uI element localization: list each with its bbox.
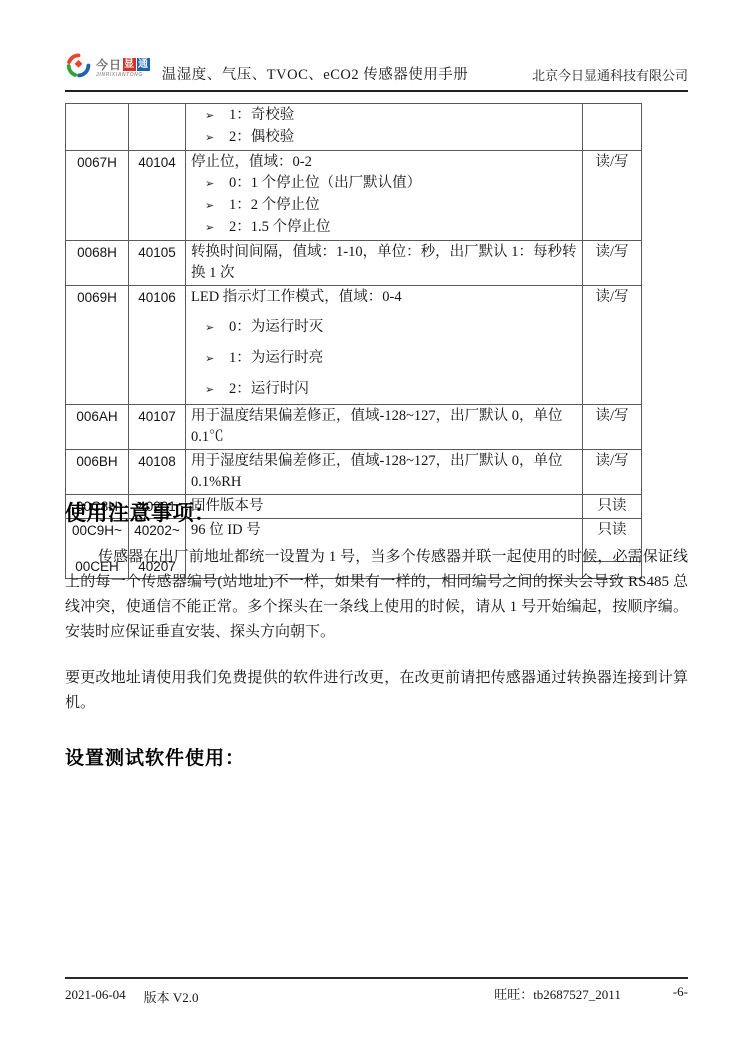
option-text: 0：1 个停止位（出厂默认值） bbox=[229, 175, 421, 191]
notice-heading: 使用注意事项： bbox=[65, 497, 688, 527]
footer-right: 旺旺：tb2687527_2011 -6- bbox=[494, 984, 688, 1003]
logo-brand-part3: 通 bbox=[137, 58, 150, 71]
arrow-bullet-icon: ➢ bbox=[205, 106, 229, 127]
logo-brand-en: JINRIXIANTONG bbox=[96, 73, 150, 78]
option-bullet-line: ➢1：奇校验 bbox=[191, 105, 577, 127]
register-description-cell: LED 指示灯工作模式，值域：0-4➢0：为运行时灭➢1：为运行时亮➢2：运行时… bbox=[186, 286, 583, 405]
table-row: 006BH40108用于湿度结果偏差修正，值域-128~127，出厂默认 0，单… bbox=[66, 450, 642, 495]
register-description-cell: 用于湿度结果偏差修正，值域-128~127，出厂默认 0，单位 0.1%RH bbox=[186, 450, 583, 495]
table-row: 0069H40106LED 指示灯工作模式，值域：0-4➢0：为运行时灭➢1：为… bbox=[66, 286, 642, 405]
logo-brand-part2: 显 bbox=[123, 58, 136, 71]
register-address: 0067H bbox=[71, 152, 123, 173]
access-mode-cell: 读/写 bbox=[583, 450, 642, 495]
register-description-cell: 转换时间间隔，值域：1-10，单位：秒，出厂默认 1：每秒转换 1 次 bbox=[186, 241, 583, 286]
register-description-cell: ➢1：奇校验➢2：偶校验 bbox=[186, 104, 583, 151]
option-text: 1：2 个停止位 bbox=[229, 197, 320, 213]
register-number: 40105 bbox=[134, 242, 180, 263]
register-number: 40108 bbox=[134, 451, 180, 472]
footer-left: 2021-06-04 版本 V2.0 bbox=[65, 987, 199, 1006]
register-description-cell: 停止位，值域：0-2➢0：1 个停止位（出厂默认值）➢1：2 个停止位➢2：1.… bbox=[186, 151, 583, 241]
option-bullet-line: ➢2：1.5 个停止位 bbox=[191, 217, 577, 239]
register-address: 006AH bbox=[71, 406, 123, 427]
logo-brand-part1: 今日 bbox=[96, 59, 122, 71]
register-description: LED 指示灯工作模式，值域：0-4 bbox=[191, 287, 577, 308]
footer-contact: 旺旺：tb2687527_2011 bbox=[494, 984, 621, 1003]
register-address: 0069H bbox=[71, 287, 123, 308]
page-content: 使用注意事项： 传感器在出厂前地址都统一设置为 1 号，当多个传感器并联一起使用… bbox=[65, 497, 688, 770]
register-number-cell bbox=[129, 104, 186, 151]
notice-paragraph-1: 传感器在出厂前地址都统一设置为 1 号，当多个传感器并联一起使用的时候，必需保证… bbox=[65, 545, 688, 645]
register-address-cell: 006AH bbox=[66, 405, 129, 450]
option-text: 2：偶校验 bbox=[229, 129, 294, 145]
register-number-cell: 40107 bbox=[129, 405, 186, 450]
register-address-cell: 0068H bbox=[66, 241, 129, 286]
register-description: 用于温度结果偏差修正，值域-128~127，出厂默认 0，单位 0.1℃ bbox=[191, 406, 577, 448]
option-bullet-line: ➢1：2 个停止位 bbox=[191, 195, 577, 217]
company-logo: 今日显通 JINRIXIANTONG bbox=[65, 52, 150, 84]
document-title: 温湿度、气压、TVOC、eCO2 传感器使用手册 bbox=[162, 63, 468, 84]
option-text: 2：运行时闪 bbox=[229, 381, 309, 397]
arrow-bullet-icon: ➢ bbox=[205, 196, 229, 217]
register-number-cell: 40108 bbox=[129, 450, 186, 495]
register-address-cell bbox=[66, 104, 129, 151]
software-heading: 设置测试软件使用： bbox=[65, 743, 688, 770]
option-text: 1：为运行时亮 bbox=[229, 350, 323, 366]
register-address-cell: 0069H bbox=[66, 286, 129, 405]
option-text: 1：奇校验 bbox=[229, 107, 294, 123]
access-mode-cell: 读/写 bbox=[583, 241, 642, 286]
register-number-cell: 40106 bbox=[129, 286, 186, 405]
logo-brand-cn: 今日显通 bbox=[96, 58, 150, 71]
access-mode-cell: 读/写 bbox=[583, 405, 642, 450]
register-number-cell: 40104 bbox=[129, 151, 186, 241]
company-name: 北京今日显通科技有限公司 bbox=[532, 65, 688, 84]
access-mode-cell bbox=[583, 104, 642, 151]
notice-paragraph-2: 要更改地址请使用我们免费提供的软件进行改更，在改更前请把传感器通过转换器连接到计… bbox=[65, 666, 688, 716]
arrow-bullet-icon: ➢ bbox=[205, 174, 229, 195]
arrow-bullet-icon: ➢ bbox=[205, 380, 229, 401]
register-number: 40104 bbox=[134, 152, 180, 173]
option-bullet-line: ➢0：1 个停止位（出厂默认值） bbox=[191, 173, 577, 195]
table-row: 006AH40107用于温度结果偏差修正，值域-128~127，出厂默认 0，单… bbox=[66, 405, 642, 450]
register-address-cell: 0067H bbox=[66, 151, 129, 241]
option-text: 2：1.5 个停止位 bbox=[229, 219, 331, 235]
arrow-bullet-icon: ➢ bbox=[205, 318, 229, 339]
register-description: 用于湿度结果偏差修正，值域-128~127，出厂默认 0，单位 0.1%RH bbox=[191, 451, 577, 493]
register-number: 40106 bbox=[134, 287, 180, 308]
arrow-bullet-icon: ➢ bbox=[205, 349, 229, 370]
option-text: 0：为运行时灭 bbox=[229, 319, 323, 335]
page-footer: 2021-06-04 版本 V2.0 旺旺：tb2687527_2011 -6- bbox=[65, 977, 688, 1006]
access-mode-cell: 读/写 bbox=[583, 286, 642, 405]
option-bullet-line: ➢2：偶校验 bbox=[191, 127, 577, 149]
table-row: ➢1：奇校验➢2：偶校验 bbox=[66, 104, 642, 151]
logo-wordmark: 今日显通 JINRIXIANTONG bbox=[96, 58, 150, 78]
table-row: 0067H40104停止位，值域：0-2➢0：1 个停止位（出厂默认值）➢1：2… bbox=[66, 151, 642, 241]
arrow-bullet-icon: ➢ bbox=[205, 128, 229, 149]
logo-swirl-icon bbox=[65, 52, 92, 84]
footer-date: 2021-06-04 bbox=[65, 987, 126, 1006]
register-number-cell: 40105 bbox=[129, 241, 186, 286]
footer-version: 版本 V2.0 bbox=[144, 987, 199, 1006]
register-address-cell: 006BH bbox=[66, 450, 129, 495]
access-mode-cell: 读/写 bbox=[583, 151, 642, 241]
table-row: 0068H40105转换时间间隔，值域：1-10，单位：秒，出厂默认 1：每秒转… bbox=[66, 241, 642, 286]
register-number: 40107 bbox=[134, 406, 180, 427]
register-address: 006BH bbox=[71, 451, 123, 472]
option-bullet-line: ➢2：运行时闪 bbox=[191, 379, 577, 401]
register-address: 0068H bbox=[71, 242, 123, 263]
option-bullet-line: ➢1：为运行时亮 bbox=[191, 348, 577, 370]
footer-page-number: -6- bbox=[673, 984, 688, 1003]
manual-page: 今日显通 JINRIXIANTONG 温湿度、气压、TVOC、eCO2 传感器使… bbox=[0, 0, 750, 1061]
option-bullet-line: ➢0：为运行时灭 bbox=[191, 317, 577, 339]
page-header: 今日显通 JINRIXIANTONG 温湿度、气压、TVOC、eCO2 传感器使… bbox=[65, 52, 688, 92]
register-description-cell: 用于温度结果偏差修正，值域-128~127，出厂默认 0，单位 0.1℃ bbox=[186, 405, 583, 450]
register-description: 停止位，值域：0-2 bbox=[191, 152, 577, 173]
register-description: 转换时间间隔，值域：1-10，单位：秒，出厂默认 1：每秒转换 1 次 bbox=[191, 242, 577, 284]
arrow-bullet-icon: ➢ bbox=[205, 218, 229, 239]
